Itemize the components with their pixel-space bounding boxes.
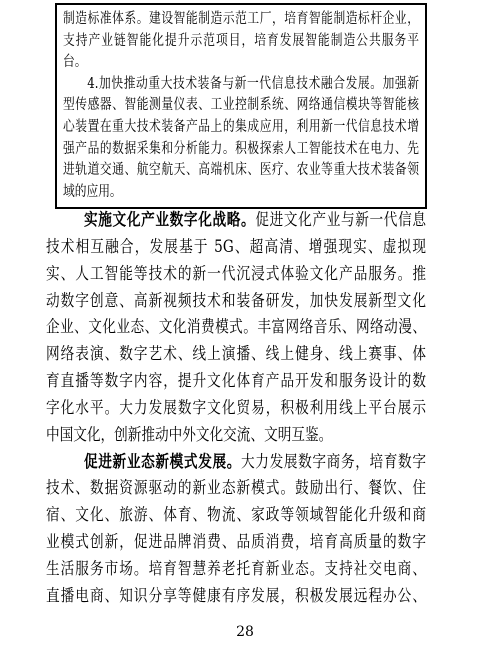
boxed-text-frame: 制造标准体系。建设智能制造示范工厂，培育智能制造标杆企业， 支持产业链智能化提升… [55,3,427,209]
bold-lead: 实施文化产业数字化战略。 [84,210,255,229]
text-line: 企业、文化业态、文化消费模式。丰富网络音乐、网络动漫、 [46,314,426,341]
boxed-text-content: 制造标准体系。建设智能制造示范工厂，培育智能制造标杆企业， 支持产业链智能化提升… [63,9,419,203]
text-line: 4.加快推动重大技术装备与新一代信息技术融合发展。加强新 [63,74,419,96]
text-line: 中国文化，创新推动中外文化交流、文明互鉴。 [46,422,426,449]
lead-line-rest: 大力发展数字商务，培育数字 [241,452,426,471]
lead-line-rest: 促进文化产业与新一代信息 [255,210,426,229]
text-line: 域的应用。 [63,182,419,204]
bold-lead: 促进新业态新模式发展。 [84,452,241,471]
text-line: 进轨道交通、航空航天、高端机床、医疗、农业等重大技术装备领 [63,160,419,182]
text-line: 制造标准体系。建设智能制造示范工厂，培育智能制造标杆企业， [63,9,419,31]
text-line: 字化水平。大力发展数字文化贸易，积极利用线上平台展示 [46,395,426,422]
text-line: 技术、数据资源驱动的新业态新模式。鼓励出行、餐饮、住 [46,475,426,502]
page-number: 28 [0,624,480,640]
text-line: 台。 [63,52,419,74]
text-line: 型传感器、智能测量仪表、工业控制系统、网络通信模块等智能核 [63,95,419,117]
document-page: 制造标准体系。建设智能制造示范工厂，培育智能制造标杆企业， 支持产业链智能化提升… [0,0,480,660]
text-line: 促进新业态新模式发展。大力发展数字商务，培育数字 [46,449,426,476]
text-line: 生活服务市场。培育智慧养老托育新业态。支持社交电商、 [46,556,426,583]
text-line: 网络表演、数字艺术、线上演播、线上健身、线上赛事、体 [46,341,426,368]
text-line: 业模式创新，促进品牌消费、品质消费，培育高质量的数字 [46,529,426,556]
text-line: 实、人工智能等技术的新一代沉浸式体验文化产品服务。推 [46,261,426,288]
text-line: 技术相互融合，发展基于 5G、超高清、增强现实、虚拟现 [46,234,426,261]
text-line: 育直播等数字内容，提升文化体育产品开发和服务设计的数 [46,368,426,395]
text-line: 强产品的数据采集和分析能力。积极探索人工智能技术在电力、先 [63,139,419,161]
text-line: 动数字创意、高新视频技术和装备研发，加快发展新型文化 [46,288,426,315]
text-line: 宿、文化、旅游、体育、物流、家政等领域智能化升级和商 [46,502,426,529]
text-line: 支持产业链智能化提升示范项目，培育发展智能制造公共服务平 [63,31,419,53]
text-line: 实施文化产业数字化战略。促进文化产业与新一代信息 [46,207,426,234]
body-text: 实施文化产业数字化战略。促进文化产业与新一代信息 技术相互融合，发展基于 5G、… [46,207,426,610]
text-line: 直播电商、知识分享等健康有序发展，积极发展远程办公、 [46,583,426,610]
text-line: 心装置在重大技术装备产品上的集成应用，利用新一代信息技术增 [63,117,419,139]
